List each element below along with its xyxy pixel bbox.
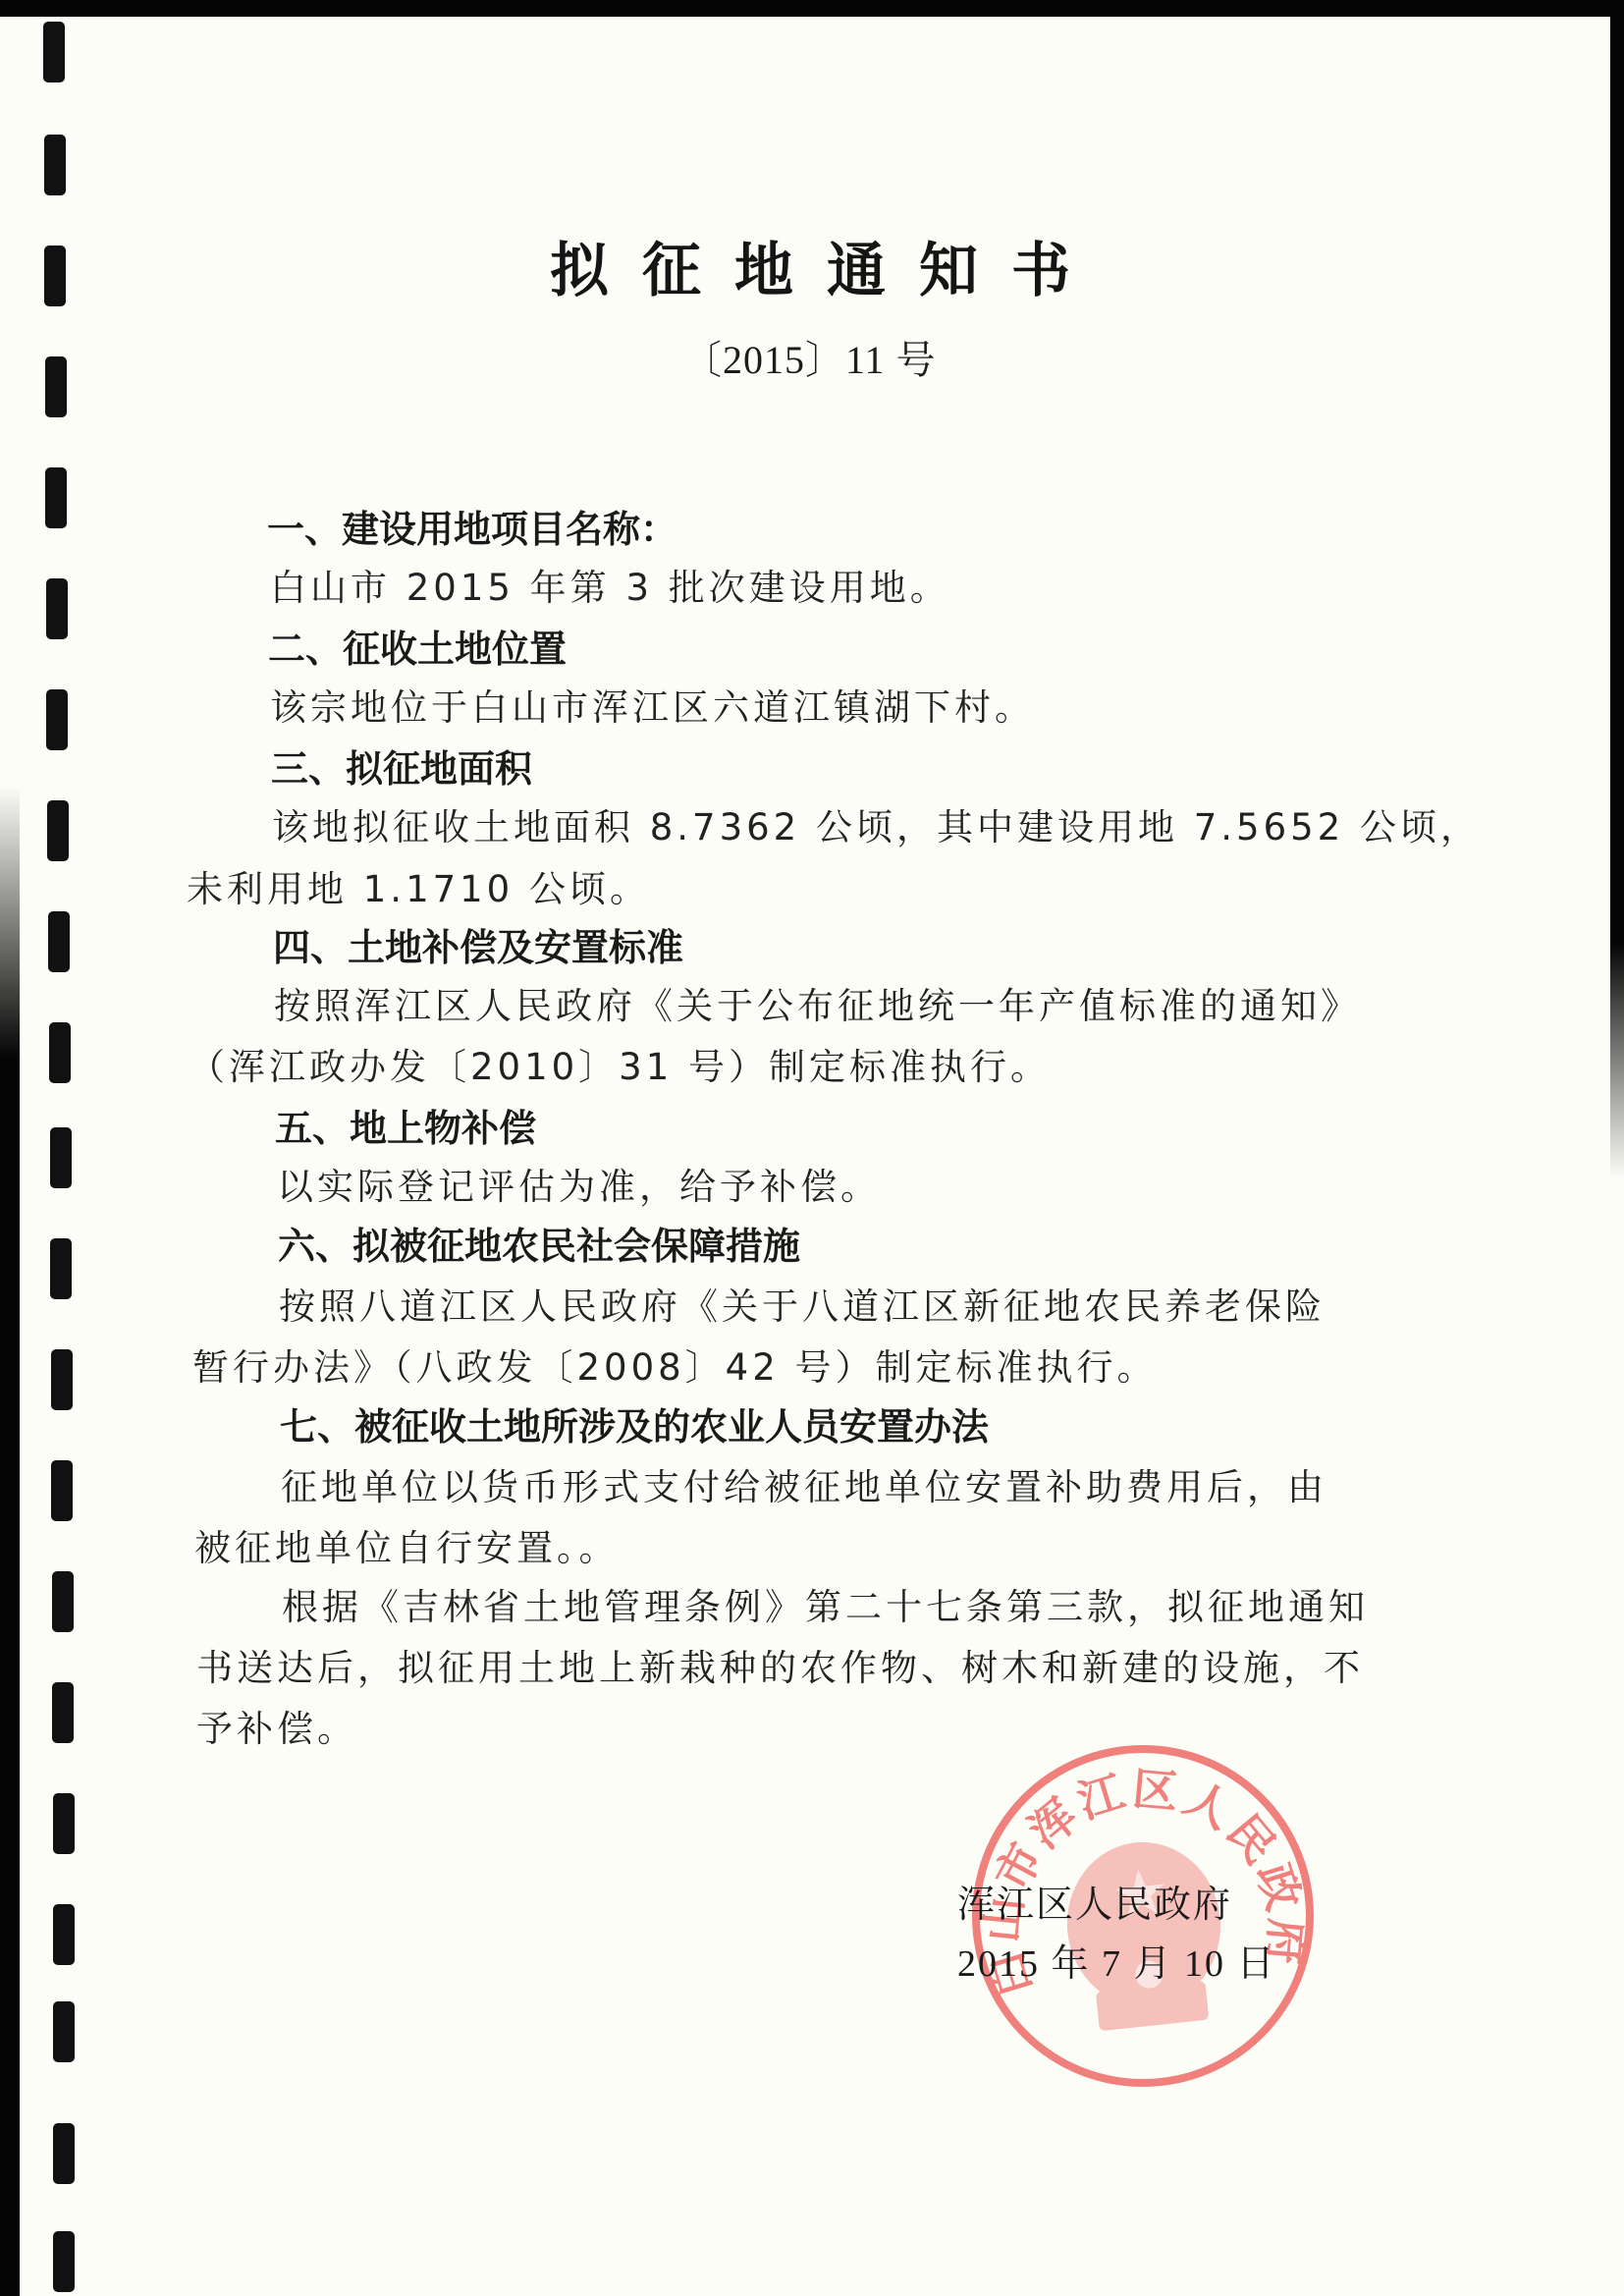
section-heading: 四、土地补偿及安置标准 — [273, 917, 683, 971]
section-body: 该地拟征收土地面积 8.7362 公顷，其中建设用地 7.5652 公顷， — [272, 797, 1481, 850]
section-body: 白山市 2015 年第 3 批次建设用地。 — [270, 558, 950, 611]
section-heading: 五、地上物补偿 — [275, 1098, 536, 1152]
section-body: 未利用地 1.1710 公顷。 — [187, 859, 650, 912]
issue-date: 2015 年 7 月 10 日 — [957, 1933, 1276, 1987]
section-heading: 六、拟被征地农民社会保障措施 — [278, 1216, 800, 1270]
section-body: 按照浑江区人民政府《关于公布征地统一年产值标准的通知》 — [274, 976, 1361, 1029]
closing-paragraph: 根据《吉林省土地管理条例》第二十七条第三款，拟征地通知 — [282, 1577, 1369, 1630]
closing-paragraph: 予补偿。 — [196, 1699, 357, 1752]
section-body: 以实际登记评估为准，给予补偿。 — [277, 1157, 881, 1210]
section-body: （浑江政办发〔2010〕31 号）制定标准执行。 — [189, 1037, 1051, 1090]
section-body: 该宗地位于白山市浑江区六道江镇湖下村。 — [270, 678, 1035, 731]
section-heading: 七、被征收土地所涉及的农业人员安置办法 — [280, 1396, 989, 1450]
document-number: 〔2015〕11 号 — [682, 329, 937, 385]
section-body: 按照八道江区人民政府《关于八道江区新征地农民养老保险 — [279, 1277, 1326, 1330]
section-heading: 二、征收土地位置 — [268, 619, 567, 673]
section-heading: 三、拟征地面积 — [271, 738, 532, 793]
issuer-name: 浑江区人民政府 — [957, 1874, 1232, 1928]
section-body: 暂行办法》（八政发〔2008〕42 号）制定标准执行。 — [192, 1338, 1158, 1391]
section-body: 被征地单位自行安置。。 — [194, 1518, 620, 1571]
section-heading: 一、建设用地项目名称： — [267, 499, 677, 553]
notice-page: 拟征地通知书 〔2015〕11 号 一、建设用地项目名称： 白山市 2015 年… — [0, 0, 1624, 2296]
document-title: 拟征地通知书 — [550, 224, 1080, 308]
closing-paragraph: 书送达后，拟征用土地上新栽种的农作物、树木和新建的设施，不 — [196, 1638, 1364, 1691]
section-body: 征地单位以货币形式支付给被征地单位安置补助费用后，由 — [281, 1457, 1327, 1510]
